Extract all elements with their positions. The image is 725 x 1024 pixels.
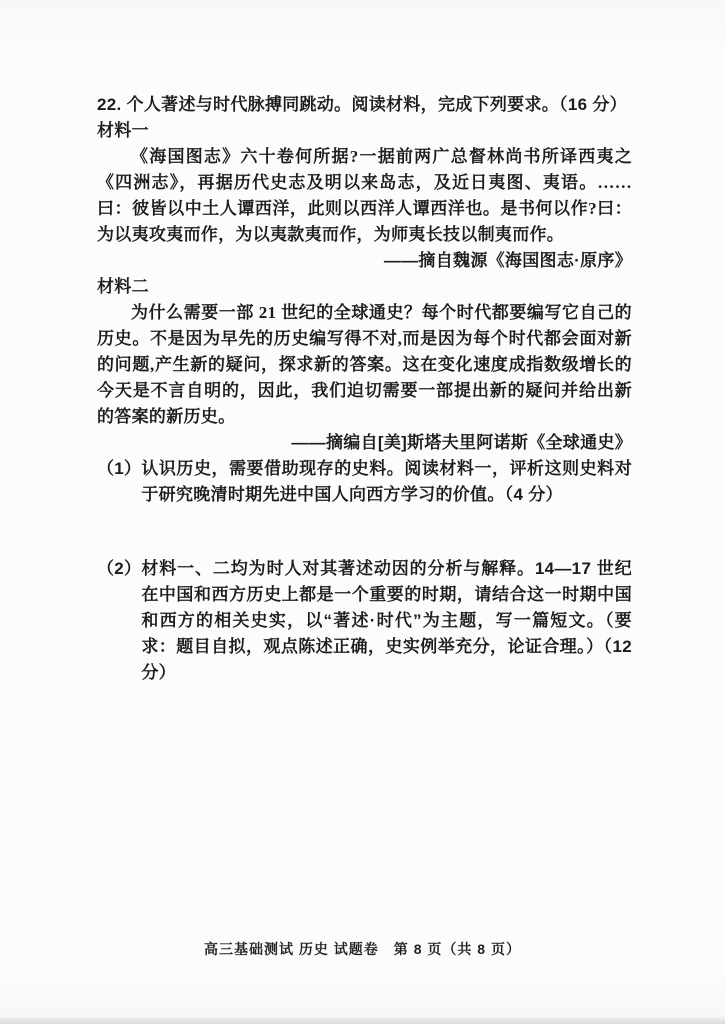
material-two-label: 材料二 bbox=[97, 274, 632, 300]
sub-question-1-text: 认识历史，需要借助现存的史料。阅读材料一，评析这则史料对于研究晚清时期先进中国人… bbox=[141, 456, 632, 508]
exam-content-column: 22. 个人著述与时代脉搏同跳动。阅读材料，完成下列要求。（16 分） 材料一 … bbox=[97, 92, 632, 686]
scan-bottom-edge-shadow bbox=[0, 1017, 725, 1024]
material-one-source: ——摘自魏源《海国图志·原序》 bbox=[97, 248, 632, 274]
sub-question-1-number: （1） bbox=[97, 456, 141, 482]
sub-question-2-number: （2） bbox=[97, 556, 141, 582]
material-two-paragraph: 为什么需要一部 21 世纪的全球通史？每个时代都要编写它自己的历史。不是因为早先… bbox=[97, 300, 632, 430]
page-footer: 高三基础测试 历史 试题卷 第 8 页（共 8 页） bbox=[0, 939, 725, 959]
material-one-label: 材料一 bbox=[97, 118, 632, 144]
sub-question-1: （1） 认识历史，需要借助现存的史料。阅读材料一，评析这则史料对于研究晚清时期先… bbox=[97, 456, 632, 508]
material-two-source: ——摘编自[美]斯塔夫里阿诺斯《全球通史》 bbox=[97, 430, 632, 456]
sub-question-2-text: 材料一、二均为时人对其著述动因的分析与解释。14—17 世纪在中国和西方历史上都… bbox=[141, 556, 632, 686]
material-one-paragraph: 《海国图志》六十卷何所据?一据前两广总督林尚书所译西夷之《四洲志》，再据历代史志… bbox=[97, 144, 632, 248]
scanned-exam-page: 22. 个人著述与时代脉搏同跳动。阅读材料，完成下列要求。（16 分） 材料一 … bbox=[0, 0, 725, 1024]
question-22-stem: 22. 个人著述与时代脉搏同跳动。阅读材料，完成下列要求。（16 分） bbox=[97, 92, 632, 118]
sub-question-2: （2） 材料一、二均为时人对其著述动因的分析与解释。14—17 世纪在中国和西方… bbox=[97, 556, 632, 686]
